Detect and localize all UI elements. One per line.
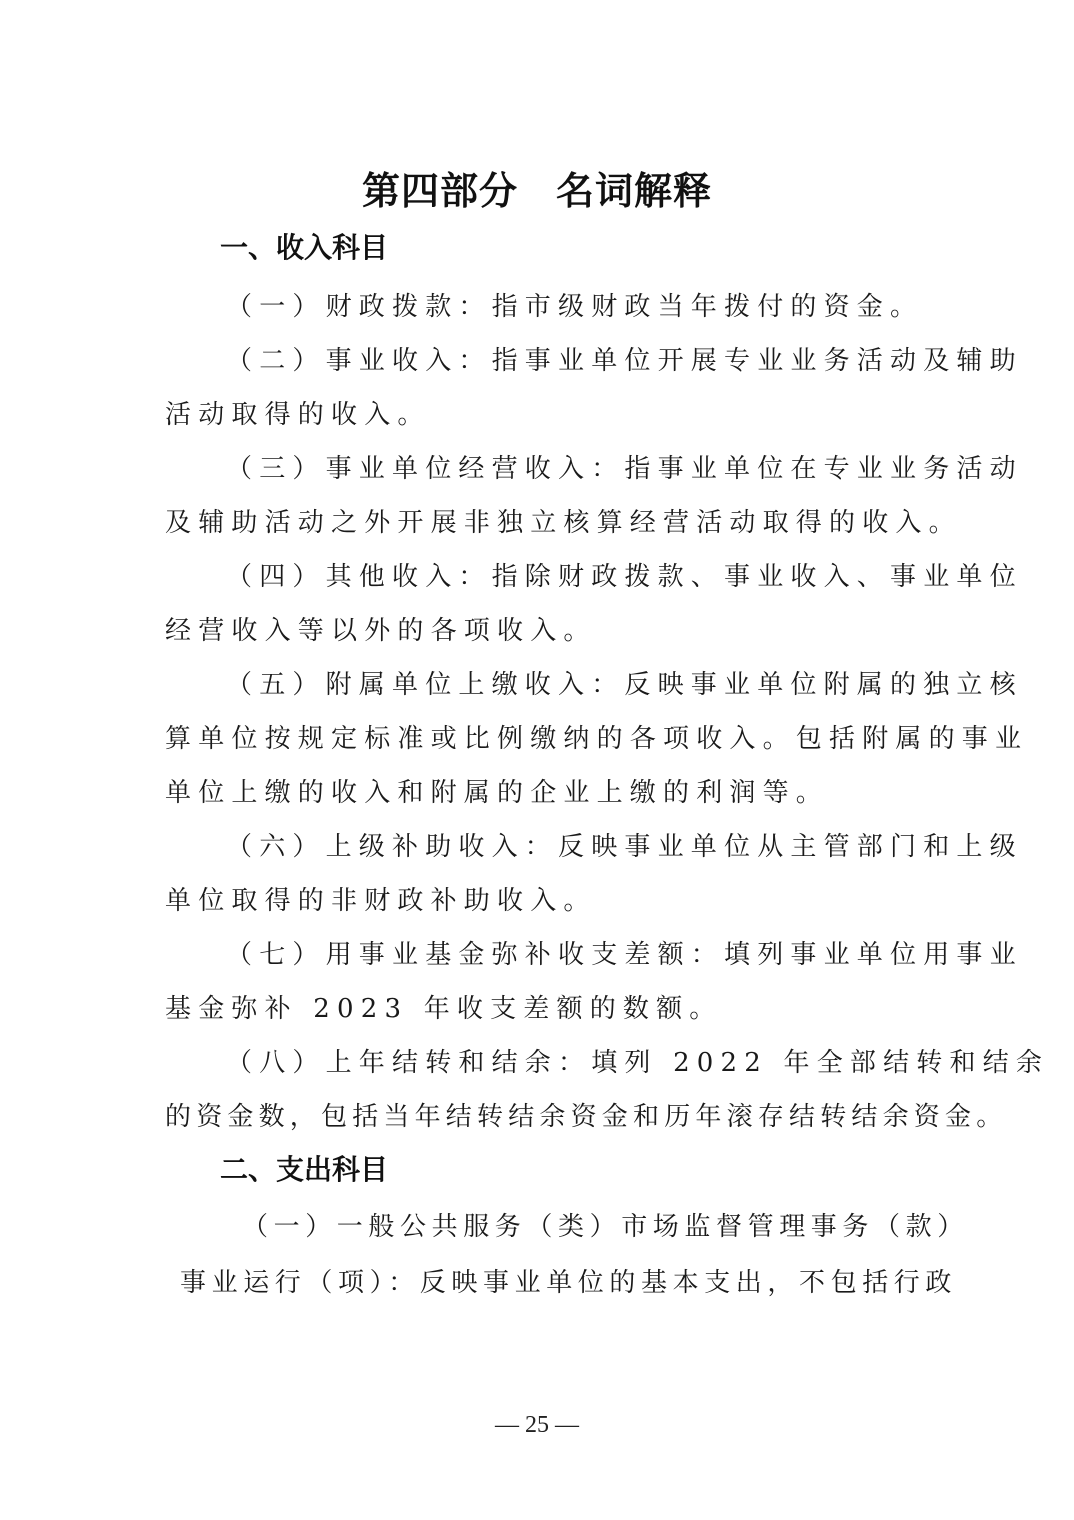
paragraph-line: （一）财政拨款：指市级财政当年拨付的资金。: [226, 286, 923, 323]
paragraph-line: 事业运行（项）：反映事业单位的基本支出，不包括行政: [180, 1262, 957, 1299]
document-page: 第四部分名词解释 一、收入科目 （一）财政拨款：指市级财政当年拨付的资金。 （二…: [0, 0, 1074, 1520]
paragraph-line: （二）事业收入：指事业单位开展专业业务活动及辅助: [226, 340, 1023, 377]
paragraph-line: （八）上年结转和结余：填列 2022 年全部结转和结余: [226, 1042, 1049, 1079]
section-heading-income: 一、收入科目: [220, 226, 388, 266]
paragraph-line: （四）其他收入：指除财政拨款、事业收入、事业单位: [226, 556, 1023, 593]
paragraph-line: 的资金数，包括当年结转结余资金和历年滚存结转结余资金。: [165, 1096, 1007, 1133]
section-heading-expenditure: 二、支出科目: [220, 1148, 388, 1188]
paragraph-line: 单位上缴的收入和附属的企业上缴的利润等。: [165, 772, 829, 809]
paragraph-line: （一）一般公共服务（类）市场监督管理事务（款）: [242, 1206, 969, 1243]
paragraph-line: （五）附属单位上缴收入：反映事业单位附属的独立核: [226, 664, 1023, 701]
paragraph-line: 活动取得的收入。: [165, 394, 431, 431]
paragraph-line: 基金弥补 2023 年收支差额的数额。: [165, 988, 723, 1025]
paragraph-line: （六）上级补助收入：反映事业单位从主管部门和上级: [226, 826, 1023, 863]
paragraph-line: （七）用事业基金弥补收支差额：填列事业单位用事业: [226, 934, 1023, 971]
title-name: 名词解释: [556, 169, 712, 213]
page-title: 第四部分名词解释: [0, 160, 1074, 215]
paragraph-line: 及辅助活动之外开展非独立核算经营活动取得的收入。: [165, 502, 962, 539]
paragraph-line: 算单位按规定标准或比例缴纳的各项收入。包括附属的事业: [165, 718, 1028, 755]
page-number: — 25 —: [0, 1412, 1074, 1439]
title-part: 第四部分: [362, 169, 518, 213]
paragraph-line: 经营收入等以外的各项收入。: [165, 610, 597, 647]
paragraph-line: 单位取得的非财政补助收入。: [165, 880, 597, 917]
paragraph-line: （三）事业单位经营收入：指事业单位在专业业务活动: [226, 448, 1023, 485]
